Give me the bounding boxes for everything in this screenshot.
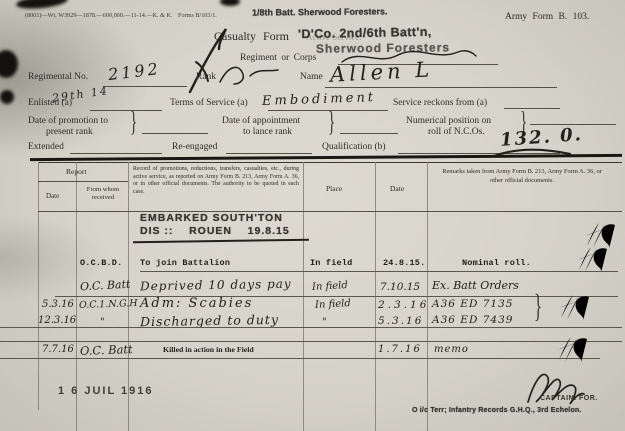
row-from: O.C.1.N.G.H bbox=[79, 298, 138, 311]
stamp-underline bbox=[133, 239, 309, 243]
col-header-remarks: Remarks taken from Army Form B. 213, Arm… bbox=[438, 168, 606, 185]
extended-blank bbox=[70, 153, 162, 154]
army-form-number: Army Form B. 103. bbox=[505, 12, 589, 22]
row-rule bbox=[0, 358, 600, 359]
printer-code: (8001)—Wt. W3929—1878.—600,000.—11-14.—K… bbox=[25, 12, 172, 19]
reengaged-blank bbox=[226, 153, 312, 154]
regimental-no-blank bbox=[103, 86, 187, 87]
row-rule bbox=[0, 327, 622, 328]
initials-monogram bbox=[576, 246, 610, 276]
name-blank bbox=[325, 87, 557, 88]
remarks-brace: } bbox=[534, 288, 542, 326]
row-rule bbox=[140, 271, 618, 272]
row-remarks: memo bbox=[434, 344, 469, 355]
row-date2: 5.3.16 bbox=[378, 315, 423, 327]
row-record: Killed in action in the Field bbox=[163, 345, 254, 354]
ink-blot bbox=[16, 0, 69, 11]
name-value: Allen L bbox=[329, 57, 433, 86]
regimental-no-label: Regimental No. bbox=[28, 72, 88, 82]
terms-value: Embodiment bbox=[262, 90, 377, 109]
ink-blot bbox=[0, 90, 14, 104]
forms-code: Forms B/103/1. bbox=[178, 12, 217, 19]
col-header-report: Report bbox=[66, 167, 86, 176]
enlisted-value: 29th 14 bbox=[51, 84, 109, 105]
appointment-brace: } bbox=[328, 108, 335, 140]
row-date: 12.3.16 bbox=[38, 315, 76, 326]
col-header-record: Record of promotions, reductions, transf… bbox=[133, 166, 299, 197]
embarked-stamp-line1: EMBARKED SOUTH'TON bbox=[140, 212, 283, 224]
row-place: In field bbox=[310, 258, 352, 268]
embarked-stamp-line2: DIS :: ROUEN 19.8.15 bbox=[140, 225, 290, 237]
col-header-date2: Date bbox=[390, 184, 404, 193]
received-date-stamp: 1 6 JUIL 1916 bbox=[58, 385, 154, 397]
signature-scribble bbox=[524, 368, 586, 410]
extended-label: Extended bbox=[28, 142, 64, 152]
row-remarks: A36 ED 7135 bbox=[432, 298, 513, 310]
header-bottom-rule bbox=[38, 211, 622, 212]
row-remarks: Ex. Batt Orders bbox=[432, 279, 519, 292]
rank-handwriting-scribble bbox=[216, 62, 286, 88]
reengaged-label: Re-engaged bbox=[172, 142, 217, 152]
enlisted-blank bbox=[90, 110, 162, 111]
col-header-date: Date bbox=[46, 192, 59, 200]
promotion-blank bbox=[142, 133, 208, 134]
numerical-label-line2: roll of N.C.Os. bbox=[428, 127, 485, 137]
report-underline bbox=[38, 181, 128, 182]
casualty-form-document: (8001)—Wt. W3929—1878.—600,000.—11-14.—K… bbox=[0, 0, 625, 431]
promotion-label-line1: Date of promotion to bbox=[28, 116, 108, 126]
table-vline-left bbox=[38, 162, 39, 410]
row-date2: 2.3.16 bbox=[378, 299, 429, 311]
col-header-from-whom: From whom received bbox=[82, 186, 124, 202]
regimental-no-value: 2192 bbox=[107, 59, 162, 84]
row-date2: 24.8.15. bbox=[383, 258, 425, 268]
rank-label: Rank bbox=[196, 72, 216, 82]
table-top-rule bbox=[38, 162, 622, 163]
ink-blot bbox=[0, 50, 18, 78]
initials-monogram bbox=[556, 336, 590, 366]
row-date2: 7.10.15 bbox=[380, 281, 420, 293]
row-from: O.C. Batt bbox=[80, 342, 133, 358]
appointment-blank bbox=[340, 133, 398, 134]
row-from: O.C. Batt bbox=[80, 278, 131, 294]
qualification-label: Qualification (b) bbox=[322, 142, 386, 152]
ink-blot bbox=[220, 0, 240, 6]
row-record: Adm: Scabies bbox=[140, 296, 253, 311]
service-reckons-label: Service reckons from (a) bbox=[393, 98, 487, 108]
row-place: In field bbox=[315, 298, 351, 311]
row-date2: 1.7.16 bbox=[378, 344, 422, 355]
col-header-place: Place bbox=[326, 184, 342, 193]
row-date: 5.3.16 bbox=[42, 299, 74, 310]
reckons-blank bbox=[504, 108, 560, 109]
row-date: 7.7.16 bbox=[42, 344, 74, 355]
row-from: O.C.B.D. bbox=[80, 258, 122, 268]
name-label: Name bbox=[300, 72, 323, 82]
row-remarks: A36 ED 7439 bbox=[432, 314, 513, 326]
row-record: Deprived 10 days pay bbox=[140, 277, 292, 294]
promotion-brace: } bbox=[130, 108, 137, 140]
numerical-label-line1: Numerical position on bbox=[406, 116, 491, 126]
appointment-label-line2: to lance rank bbox=[243, 127, 292, 137]
infantry-records-line: O i/c Terr; Infantry Records G.H.Q., 3rd… bbox=[412, 407, 582, 414]
unit-stamp-top: 1/8th Batt. Sherwood Foresters. bbox=[252, 6, 388, 17]
row-place: In field bbox=[312, 280, 348, 293]
appointment-label-line1: Date of appointment bbox=[222, 116, 300, 126]
promotion-label-line2: present rank bbox=[46, 127, 93, 137]
row-remarks: Nominal roll. bbox=[462, 258, 531, 268]
unit-stamp-main-line1: 'D'Co. 2nd/6th Batt'n, bbox=[298, 25, 432, 41]
row-rule bbox=[0, 341, 622, 342]
terms-of-service-label: Terms of Service (a) bbox=[170, 98, 248, 108]
initials-monogram bbox=[558, 294, 592, 324]
captain-for-label: CAPTAIN. FOR. bbox=[540, 395, 598, 402]
row-record: To join Battalion bbox=[140, 258, 230, 268]
